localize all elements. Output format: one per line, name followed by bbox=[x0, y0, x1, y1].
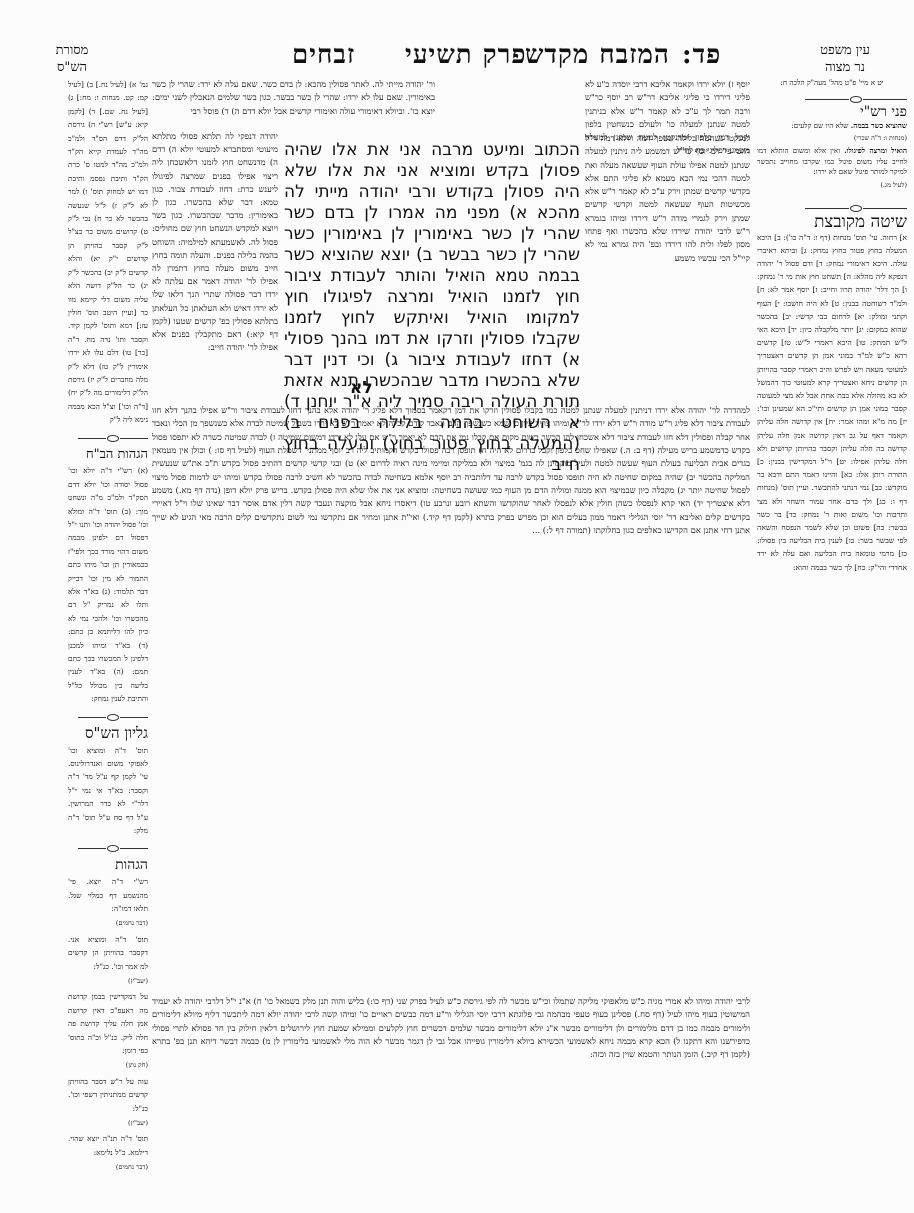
hagahot-title: הגהות bbox=[68, 859, 148, 872]
pnei-rashi-note: (לעיל מג.) bbox=[757, 180, 907, 191]
pnei-rashi-entry: הואיל ומרצה לפיגולו. ואין אלא ומשום הותל… bbox=[757, 146, 907, 178]
hagahot-entry: עוה על ר"ש דסבר בהוויתן קדשים ממתניתין ד… bbox=[68, 1075, 148, 1115]
hagahot-source: (דבר נחמים) bbox=[68, 1161, 148, 1174]
masoret-title-line1: מסורת bbox=[32, 42, 112, 59]
hagahot-source: (יעב"ץ) bbox=[68, 1117, 148, 1130]
ornament-divider bbox=[68, 712, 148, 725]
pnei-rashi-note: (מנחות ו: ד"ה שכרי) bbox=[757, 133, 907, 144]
pnei-rashi-lemma: שהוציא כשר בבמה. bbox=[851, 121, 907, 130]
hagahot-source: (דבר נחמים) bbox=[68, 917, 148, 930]
ein-mishpat-entry: יט א מיי' פ"ט מהל' מעה"ק הלכה ח: bbox=[757, 78, 907, 89]
tosafot-full: למהדרה לר' יהודה אלא ירדו דניתנין למעלה … bbox=[152, 404, 750, 994]
pnei-rashi-title: פני רש"י bbox=[757, 107, 907, 118]
hagahot-habach-title: הגהות הב"ח bbox=[68, 448, 148, 461]
masoret-hashas-title: מסורת הש"ס bbox=[32, 42, 112, 76]
chapter-number: פרק תשיעי bbox=[405, 40, 527, 70]
rashi-top: ור' יהודה מייתי לה. לאתר פסולין מהכא: לן… bbox=[152, 78, 435, 118]
tractate-name: זבחים bbox=[292, 40, 355, 70]
pnei-rashi-entry: שהוציא כשר בבמה. שלא היו שם קלעים: bbox=[757, 121, 907, 132]
hagahot-source: (יעב"ץ) bbox=[68, 975, 148, 988]
gilyon-hashas-title: גליון הש"ס bbox=[68, 727, 148, 740]
pnei-rashi-text: שלא היו שם קלעים: bbox=[791, 121, 848, 130]
masoret-title-line2: הש"ס bbox=[32, 59, 112, 76]
shita-mekubetzet-text: א] רחוה. עי' תוס' מנחות (דף ו: ד"ה כו'):… bbox=[757, 231, 907, 574]
hagahot-habach-text: (א) רש"י ד"ה יולא וכו' פסול יסודה וכו' י… bbox=[68, 464, 148, 705]
ein-mishpat-title-line2: נר מצוה bbox=[795, 59, 895, 76]
right-margin-column: יט א מיי' פ"ט מהל' מעה"ק הלכה ח: פני רש"… bbox=[757, 78, 907, 574]
tosafot-inset: למנקטו נשחטה בלילה ונשפך דמה ויולא דמה ו… bbox=[585, 132, 750, 265]
hagahot-entry: תוס' ד"ה ומוציא אני. דקסבר בהוויתן הן קד… bbox=[68, 933, 148, 973]
shita-mekubetzet-title: שיטה מקובצת bbox=[757, 217, 907, 228]
chapter-title: המזבח מקדש bbox=[525, 40, 670, 70]
ornament-divider bbox=[68, 433, 148, 446]
gilyon-hashas-text: תוס' ד"ה ומוציא וכו' לאפוקי משום ואנדרול… bbox=[68, 744, 148, 838]
masoret-hashas-text: גמ' א) [לעיל נח.] ב) [לעיל קמ: קט. מנחות… bbox=[68, 78, 148, 427]
gemara-catchword: לא bbox=[350, 378, 373, 399]
hagahot-source: (חק נתן) bbox=[68, 1059, 148, 1072]
hagahot-entry: תוס' ד"ה תנ"ה יוצא שהוי. דילמא. כ"ל נלימ… bbox=[68, 1132, 148, 1159]
ornament-divider bbox=[68, 843, 148, 856]
hagahot-entry: רש"י ד"ה יוצא. פי' מהנשמע דף כמלוי שגל. … bbox=[68, 875, 148, 915]
tosafot-bottom: לרבי יהודה ומיהו לא אמרי מגיה כ"ש מלאפוק… bbox=[152, 995, 750, 1062]
hagahot-entry: על דמקדישין בבמן קדושת מה ראעפ"כ דאין קד… bbox=[68, 990, 148, 1057]
ein-mishpat-title-line1: עין משפט bbox=[795, 42, 895, 59]
rashi-inset: יהודה דנפקי לה תלתא פסולי מתלתא מיעוטי ו… bbox=[152, 130, 278, 354]
pnei-rashi-lemma: הואיל ומרצה לפיגולו. bbox=[844, 146, 907, 155]
left-margin-column: גמ' א) [לעיל נח.] ב) [לעיל קמ: קט. מנחות… bbox=[68, 78, 148, 1177]
page-number: פד: bbox=[682, 40, 721, 70]
ein-mishpat-title: עין משפט נר מצוה bbox=[795, 42, 895, 76]
